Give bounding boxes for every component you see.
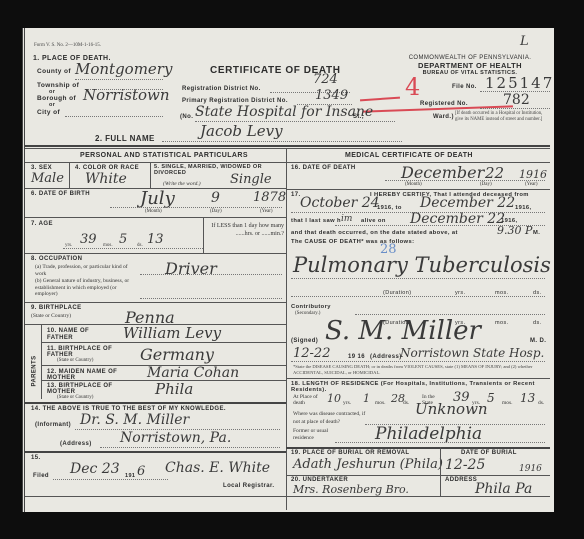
file-no: 125147 [485,74,554,92]
form-id: Form V. S. No. 2—10M-1-16-15. [34,43,101,48]
residence-state-days: 13 [520,391,535,405]
contracted-label: Where was disease contracted, if not at … [293,410,373,426]
county-label: County of [37,68,71,75]
parents-label: PARENTS [32,355,38,386]
primary-registration-no: 1349 [315,88,348,103]
signed-label: (Signed) [291,338,318,344]
personal-header: PERSONAL AND STATISTICAL PARTICULARS [80,152,248,159]
race-value: White [85,171,127,187]
physician-address: Norristown State Hosp. [400,346,544,360]
registration-district-no: 724 [313,72,338,87]
father-birthplace-value: Germany [140,345,214,364]
township-label: Township of [37,82,79,89]
age-days: 13 [147,232,164,247]
former-residence-label: Former or usual residence [293,428,333,442]
disease-contracted: Unknown [415,400,488,418]
undertaker-value: Mrs. Rosenberg Bro. [293,483,409,496]
birthplace-label: 9. BIRTHPLACE [31,305,82,311]
corner-mark: L [520,34,529,49]
dob-month: July [140,188,175,209]
age-months: 5 [119,232,127,247]
red-correction-line [360,97,400,102]
red-correction-mark: 4 [405,73,420,101]
borough-label: Borough of [37,95,76,102]
filed-year: 6 [137,464,145,479]
date-of-death-label: 16. DATE OF DEATH [291,165,356,171]
sex-value: Male [31,171,64,186]
filed-label: Filed [33,473,49,479]
undertaker-address-label: ADDRESS [445,477,477,483]
residence-state-months: 5 [487,391,495,405]
former-residence: Philadelphia [375,424,482,444]
residence-place-years: 10 [327,392,341,405]
issuer-block: COMMONWEALTH OF PENNSYLVANIA. DEPARTMENT… [405,55,535,76]
occupation-label: 8. OCCUPATION [31,256,82,262]
marital-value: Single [230,172,272,187]
father-birthplace-label: 11. BIRTHPLACE OF FATHER [47,346,122,358]
informant-value: Dr. S. M. Miller [80,412,189,428]
county-value: Montgomery [75,60,172,78]
less-than-day-note: If LESS than 1 day how many ......hrs. o… [209,222,284,238]
contributory-label: Contributory [291,304,331,310]
mother-birthplace-value: Phila [155,380,193,398]
burial-date: 12-25 [445,457,485,473]
dob-day: 9 [211,190,220,206]
mother-value: Maria Cohan [147,365,239,381]
city-label: City of [37,109,60,116]
borough-value: Norristown [83,86,170,104]
medical-header: MEDICAL CERTIFICATE OF DEATH [345,152,473,159]
informant-address-label: (Address) [60,441,92,447]
registered-no: 782 [503,92,530,108]
dob-label: 6. DATE OF BIRTH [31,191,90,197]
age-label: 7. AGE [31,221,53,227]
mother-birthplace-label: 13. BIRTHPLACE OF MOTHER [47,383,122,395]
attended-to-date: December 22 [420,195,515,211]
registration-district-label: Registration District No. [182,86,261,92]
burial-place-label: 19. PLACE OF BURIAL OR REMOVAL [291,450,409,456]
burial-place: Adath Jeshurun (Phila) [293,457,443,472]
time-of-death: 9.30 P [497,224,532,237]
residence-place-months: 1 [363,392,370,405]
dob-year: 1878 [253,190,286,205]
file-no-label: File No. [452,84,477,90]
informant-label: (Informant) [35,422,71,428]
father-value: William Levy [123,324,221,342]
age-years: 39 [80,232,97,247]
death-certificate: Form V. S. No. 2—10M-1-16-15. L 1. PLACE… [22,28,554,512]
father-label: 10. NAME OF FATHER [47,328,117,341]
full-name-value: Jacob Levy [200,122,283,140]
undertaker-address: Phila Pa [475,481,532,497]
cause-footnote: *State the DISEASE CAUSING DEATH; or in … [293,364,548,376]
institution-name: State Hospital for Insane [195,104,373,120]
registrar-signature: Chas. E. White [165,460,270,476]
physician-signature: S. M. Miller [325,316,481,346]
local-registrar-label: Local Registrar. [223,483,274,489]
occupation-value: Driver [165,259,217,278]
cause-of-death: Pulmonary Tuberculosis [293,253,551,277]
burial-year: 1916 [519,464,542,474]
sign-date: 12-22 [293,346,330,361]
registered-no-label: Registered No. [420,101,468,107]
hospital-note: [If death occurred in a Hospital or Inst… [455,111,545,122]
burial-date-label: DATE OF BURIAL [461,450,517,456]
filed-date: Dec 23 [70,461,120,477]
attended-from-date: October 24 [300,195,380,211]
informant-address-value: Norristown, Pa. [120,430,231,446]
last-saw-pronoun: im [341,214,352,224]
full-name-label: 2. FULL NAME [95,134,155,143]
